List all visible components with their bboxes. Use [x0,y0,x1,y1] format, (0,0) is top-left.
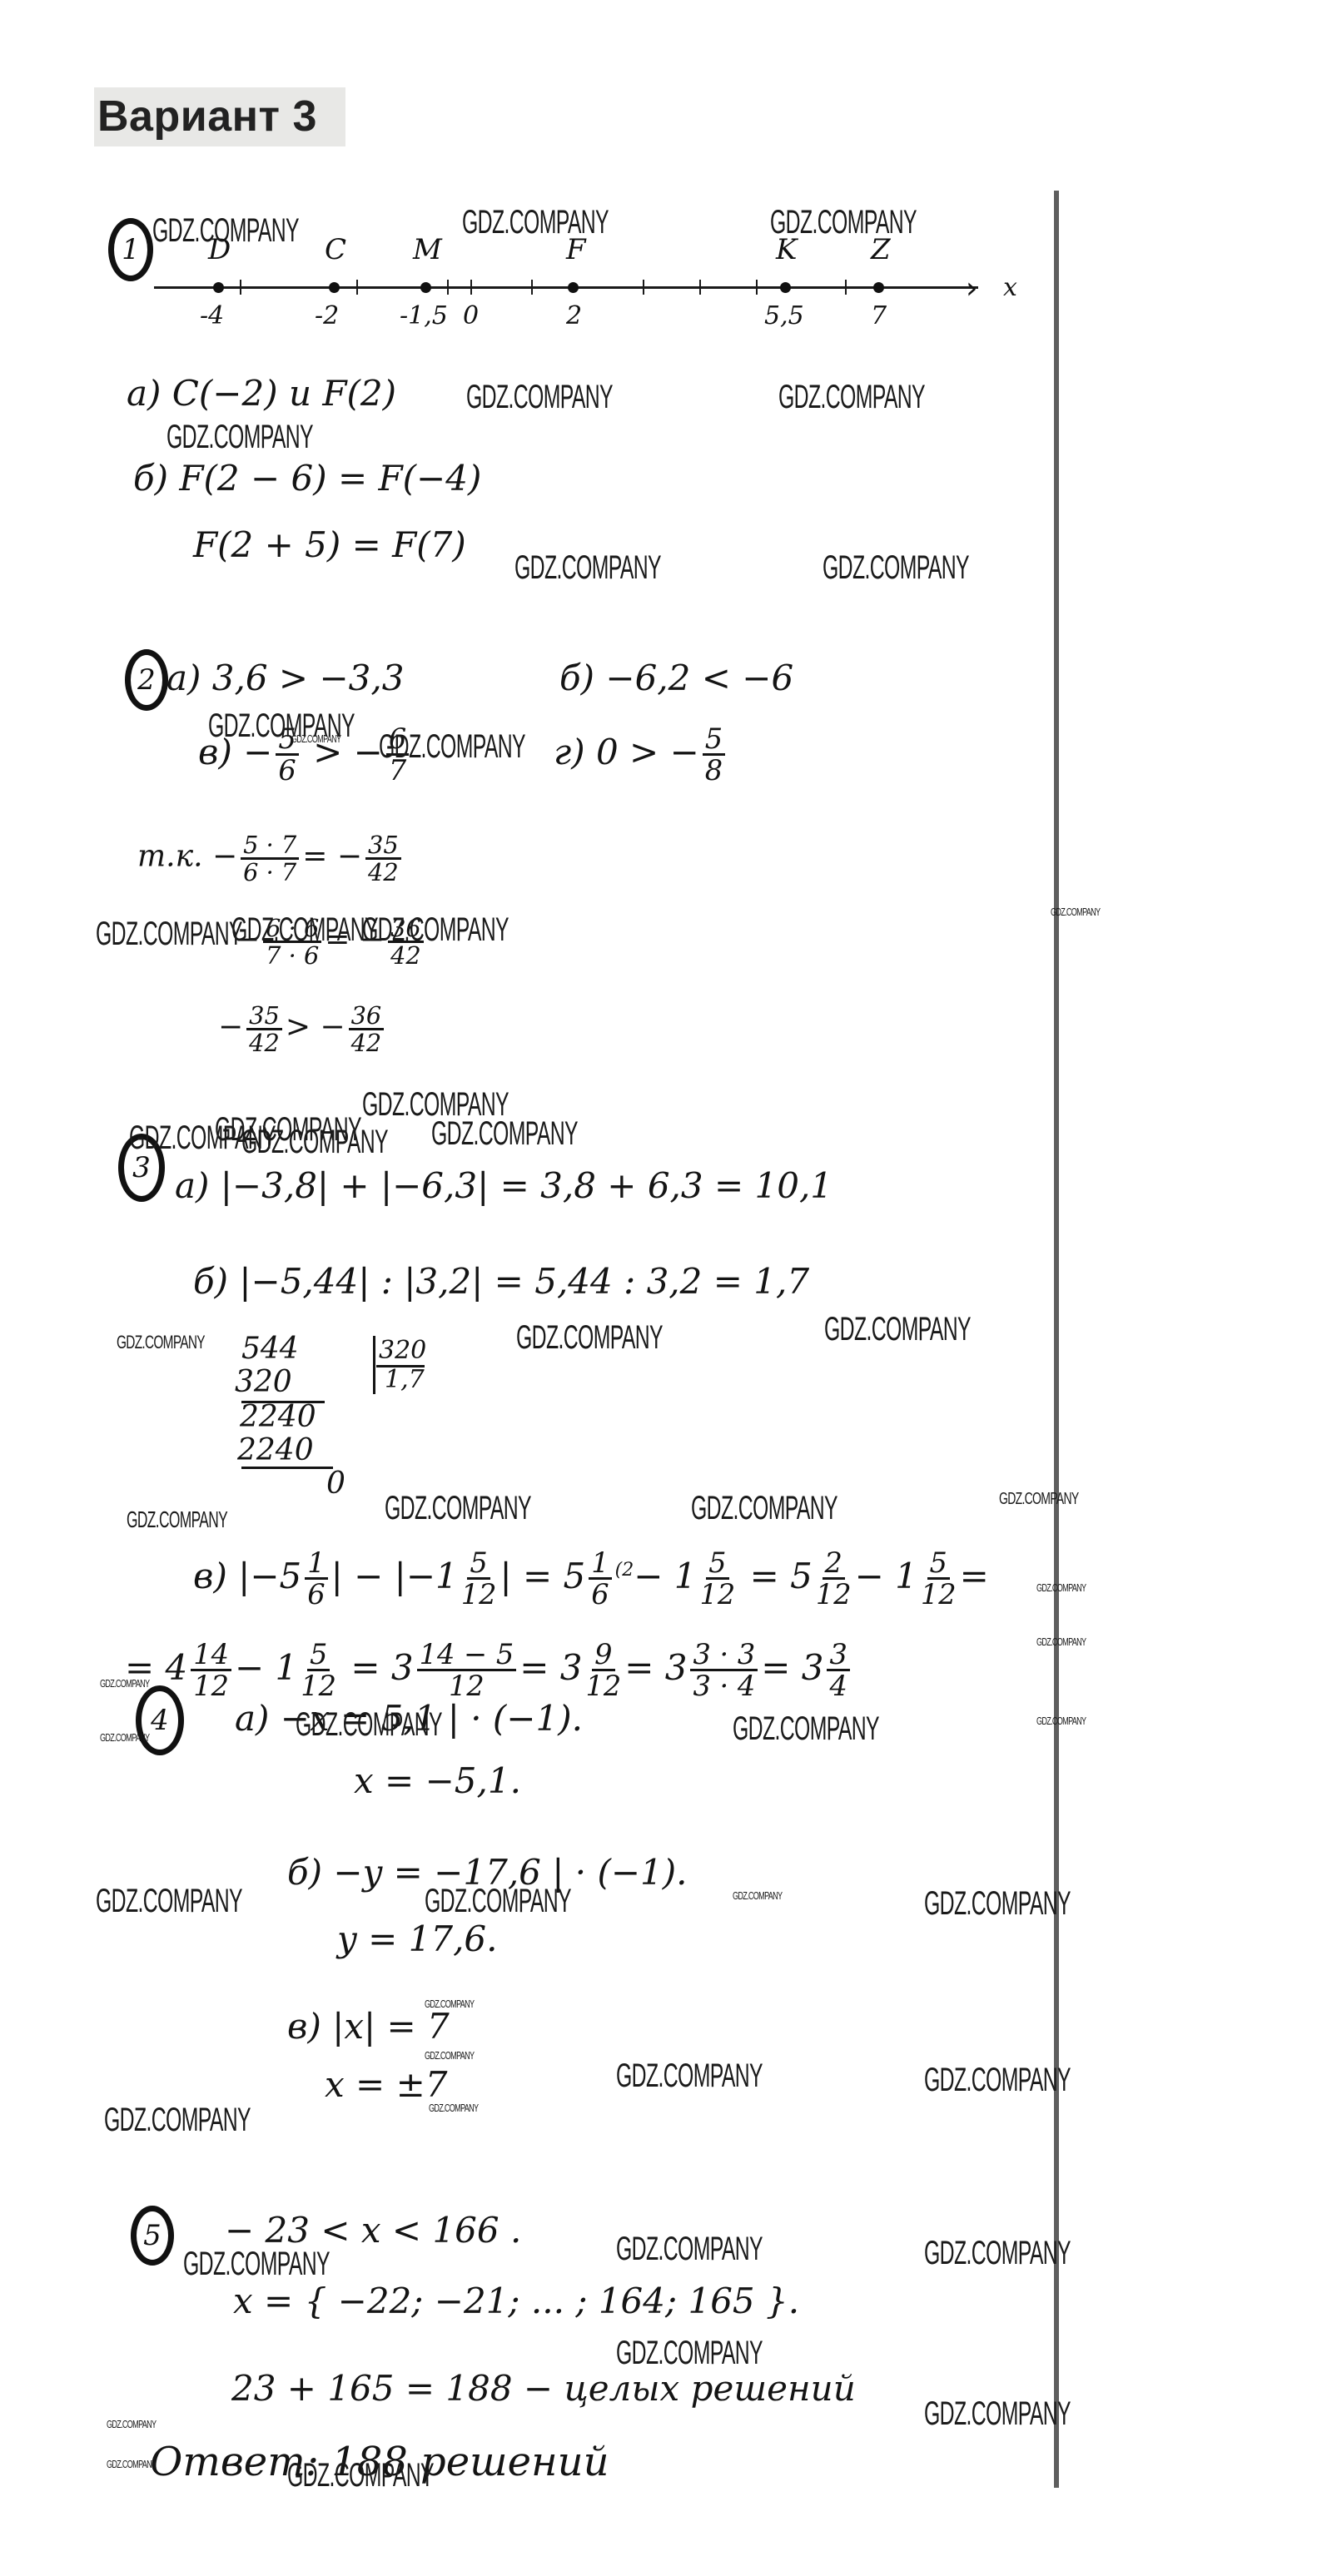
multiplier: (2 [615,1560,634,1581]
watermark: GDZ.COMPANY [362,911,509,949]
fraction: 14 − 512 [417,1640,517,1701]
watermark: GDZ.COMPANY [107,2418,156,2430]
watermark: GDZ.COMPANY [516,1319,663,1357]
task3-answer-b: б) |−5,44| : |3,2| = 5,44 : 3,2 = 1,7 [193,1261,809,1302]
watermark: GDZ.COMPANY [514,549,661,587]
task2-answer-g: г) 0 > −58 [554,724,728,786]
task-number-5: 5 [131,2206,174,2266]
task1-answer-b2: F(2 + 5) = F(7) [193,524,466,565]
watermark: GDZ.COMPANY [152,212,299,250]
task2-compare: −3542> −3642 [218,1003,387,1055]
fraction: 34 [827,1640,849,1701]
subtrahend-1: 320 [235,1365,292,1399]
fraction: 912 [585,1640,621,1701]
task2-answer-b: б) −6,2 < −6 [559,658,793,698]
watermark: GDZ.COMPANY [733,1710,879,1748]
axis-label: x [1003,273,1017,302]
watermark: GDZ.COMPANY [425,2049,474,2062]
dividend: 544 [241,1332,299,1366]
fraction: 512 [461,1548,497,1610]
quotient: 1,7 [385,1365,425,1394]
point-value-C: -2 [315,301,339,330]
tick [240,280,241,295]
fraction: 3 · 33 · 4 [690,1640,758,1701]
text: − 1 [855,1556,917,1596]
point-C-dot [329,282,340,293]
watermark: GDZ.COMPANY [231,911,378,949]
watermark: GDZ.COMPANY [924,2235,1071,2272]
task3-answer-v-line1: в) |−516| − |−1512| = 516(2− 1512 = 5212… [193,1548,989,1610]
watermark: GDZ.COMPANY [778,379,925,416]
watermark: GDZ.COMPANY [1036,1715,1086,1727]
fraction: 16 [589,1548,611,1610]
task5-solution-set: x = { −22; −21; ... ; 164; 165 }. [233,2281,799,2321]
task-number-2: 2 [125,649,168,711]
watermark: GDZ.COMPANY [287,2457,434,2494]
fraction: 5 · 76 · 7 [241,832,299,885]
watermark: GDZ.COMPANY [924,2062,1071,2099]
point-label-C: C [325,233,346,266]
divisor: 320 [379,1336,426,1365]
text: = [960,1556,989,1596]
point-label-M: M [413,233,442,266]
number-line-axis [154,286,978,289]
fraction: 58 [703,724,725,786]
watermark: GDZ.COMPANY [431,1115,578,1153]
text: т.к. [137,840,203,874]
fraction: 3542 [246,1003,282,1055]
task4-answer-a2: x = −5,1. [354,1760,521,1801]
text: = 3 [761,1647,823,1688]
title-banner: Вариант 3 [94,87,345,146]
task-number-4: 4 [136,1685,184,1755]
watermark: GDZ.COMPANY [127,1506,227,1533]
task3-answer-v-line2: = 41412− 1512 = 314 − 512= 3912= 33 · 33… [125,1640,853,1701]
fraction: 212 [816,1548,852,1610]
fraction: 512 [301,1640,336,1701]
task-number-1: 1 [108,218,153,281]
tick [356,280,358,295]
watermark: GDZ.COMPANY [117,1332,205,1353]
tick [756,280,758,295]
task5-inequality: − 23 < x < 166 . [225,2210,521,2251]
fraction: 3642 [349,1003,385,1055]
watermark: GDZ.COMPANY [1036,1581,1086,1594]
watermark: GDZ.COMPANY [183,2246,330,2283]
text: = 3 [519,1647,582,1688]
text: − 1 [235,1647,297,1688]
text: > − [286,1010,345,1045]
point-value-Z: 7 [871,301,887,330]
watermark: GDZ.COMPANY [466,379,613,416]
watermark: GDZ.COMPANY [924,1885,1071,1923]
watermark: GDZ.COMPANY [823,549,969,587]
watermark: GDZ.COMPANY [241,1124,388,1161]
fraction: 1412 [191,1640,231,1701]
watermark: GDZ.COMPANY [616,2231,763,2268]
text: = 5 [750,1556,813,1596]
watermark: GDZ.COMPANY [96,1883,242,1920]
task4-answer-v1: в) |x| = 7 [287,2006,450,2047]
fraction: 3542 [365,832,401,885]
watermark: GDZ.COMPANY [296,1706,442,1744]
point-D-dot [213,282,224,293]
tick [447,280,449,295]
point-value-D: -4 [200,301,224,330]
watermark: GDZ.COMPANY [100,1677,149,1690]
remainder-2: 0 [326,1467,345,1501]
watermark: GDZ.COMPANY [425,1883,571,1920]
watermark: GDZ.COMPANY [429,2102,478,2114]
arrow-right-icon: › [966,271,977,305]
fraction: 512 [921,1548,957,1610]
watermark: GDZ.COMPANY [616,2057,763,2095]
task3-answer-a: а) |−3,8| + |−6,3| = 3,8 + 6,3 = 10,1 [175,1165,832,1206]
watermark: GDZ.COMPANY [107,2458,156,2470]
point-value-M: -1,5 [400,301,448,330]
watermark: GDZ.COMPANY [1036,1635,1086,1648]
text: − 1 [634,1556,696,1596]
watermark: GDZ.COMPANY [1051,906,1100,918]
point-F-dot [568,282,579,293]
task5-count: 23 + 165 = 188 − целых решений [231,2368,856,2409]
division-bar [373,1336,375,1394]
tick [470,280,472,295]
watermark: GDZ.COMPANY [166,419,313,456]
watermark: GDZ.COMPANY [824,1311,971,1348]
point-value-F: 2 [566,301,582,330]
task4-answer-b2: y = 17,6. [337,1918,498,1959]
task2-calc-1: т.к. −5 · 76 · 7= −3542 [137,832,405,885]
task1-answer-b1: б) F(2 − 6) = F(−4) [133,458,481,499]
watermark: GDZ.COMPANY [379,728,525,766]
watermark: GDZ.COMPANY [462,204,609,241]
watermark: GDZ.COMPANY [616,2335,763,2372]
watermark: GDZ.COMPANY [96,916,242,953]
sub-line-2 [241,1467,333,1469]
point-value-zero: 0 [463,301,479,330]
task2-answer-a: а) 3,6 > −3,3 [166,658,404,698]
task1-answer-a: а) C(−2) и F(2) [127,373,396,414]
text: г) 0 > − [554,732,699,772]
watermark: GDZ.COMPANY [100,1731,149,1744]
text: в) |−5 [193,1556,301,1596]
tick [643,280,644,295]
text: | = 5 [499,1556,585,1596]
page-title: Вариант 3 [97,91,317,142]
watermark: GDZ.COMPANY [733,1889,782,1902]
watermark: GDZ.COMPANY [385,1490,531,1527]
tick [531,280,533,295]
point-value-K: 5,5 [764,301,804,330]
tick [845,280,847,295]
remainder-1: 2240 [240,1400,316,1434]
fraction: 16 [305,1548,327,1610]
point-M-dot [420,282,431,293]
watermark: GDZ.COMPANY [770,204,917,241]
watermark: GDZ.COMPANY [999,1490,1078,1509]
text: = 3 [350,1647,413,1688]
fraction: 512 [699,1548,735,1610]
subtrahend-2: 2240 [237,1433,314,1467]
watermark: GDZ.COMPANY [291,732,340,745]
watermark: GDZ.COMPANY [104,2102,251,2139]
point-Z-dot [873,282,884,293]
watermark: GDZ.COMPANY [425,1998,474,2010]
page-border-right [1054,191,1059,2488]
watermark: GDZ.COMPANY [924,2395,1071,2433]
task4-answer-v2: x = ±7 [325,2064,448,2105]
text: | − |−1 [331,1556,458,1596]
tick [699,280,701,295]
text: = 3 [624,1647,687,1688]
point-K-dot [780,282,791,293]
watermark: GDZ.COMPANY [691,1490,837,1527]
